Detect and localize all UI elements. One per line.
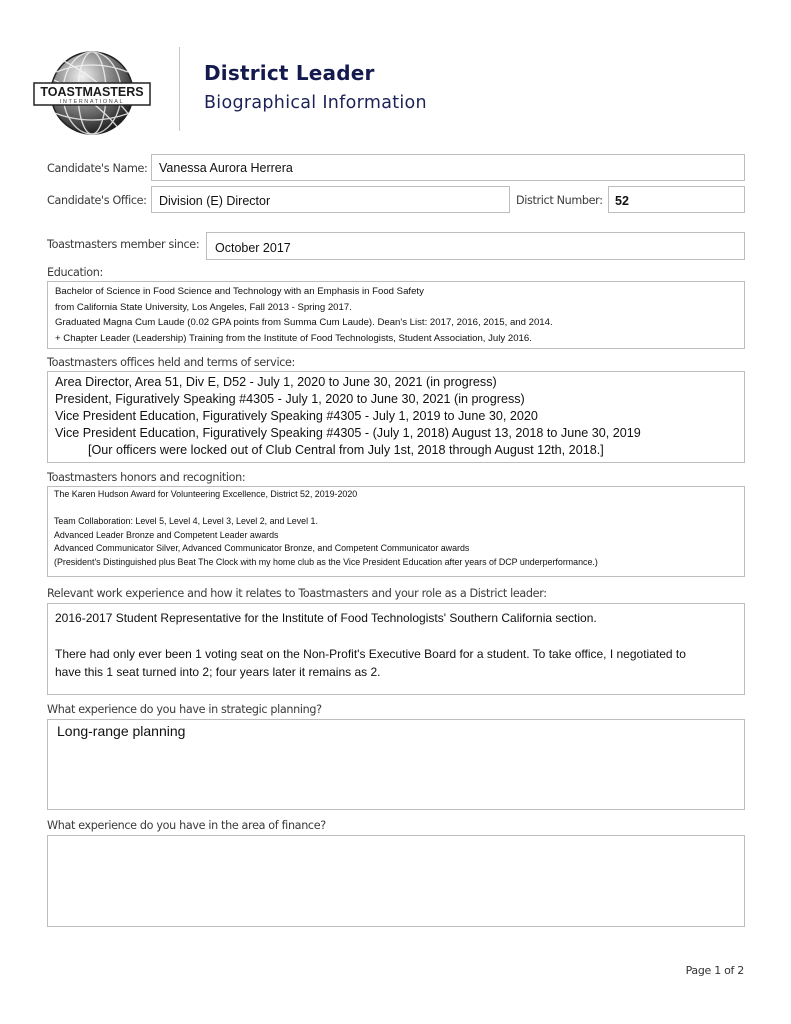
toastmasters-logo: TOASTMASTERS INTERNATIONAL	[32, 50, 152, 136]
offices-label: Toastmasters offices held and terms of s…	[47, 356, 295, 369]
candidate-office-field[interactable]: Division (E) Director	[151, 186, 510, 213]
strategic-planning-field[interactable]: Long-range planning	[47, 719, 745, 810]
education-label: Education:	[47, 266, 103, 279]
office-line: Vice President Education, Figuratively S…	[55, 408, 744, 425]
candidate-name-field[interactable]: Vanessa Aurora Herrera	[151, 154, 745, 181]
candidate-name-label: Candidate's Name:	[47, 162, 147, 175]
honor-line: Advanced Communicator Silver, Advanced C…	[54, 542, 744, 556]
honor-line: (President's Distinguished plus Beat The…	[54, 556, 744, 570]
strategic-planning-label: What experience do you have in strategic…	[47, 703, 322, 716]
work-line	[55, 627, 744, 645]
page-number: Page 1 of 2	[686, 964, 744, 977]
office-line: President, Figuratively Speaking #4305 -…	[55, 391, 744, 408]
strategic-planning-value: Long-range planning	[57, 723, 744, 739]
office-line: Area Director, Area 51, Div E, D52 - Jul…	[55, 374, 744, 391]
education-line: Graduated Magna Cum Laude (0.02 GPA poin…	[55, 315, 744, 331]
candidate-name-value: Vanessa Aurora Herrera	[159, 161, 293, 175]
page-title: District Leader	[204, 61, 375, 85]
district-number-label: District Number:	[516, 194, 603, 207]
candidate-office-label: Candidate's Office:	[47, 194, 147, 207]
honor-line: The Karen Hudson Award for Volunteering …	[54, 488, 744, 502]
work-line: 2016-2017 Student Representative for the…	[55, 609, 744, 627]
work-line: There had only ever been 1 voting seat o…	[55, 645, 744, 663]
finance-label: What experience do you have in the area …	[47, 819, 326, 832]
district-number-field[interactable]: 52	[608, 186, 745, 213]
office-line: [Our officers were locked out of Club Ce…	[55, 442, 744, 459]
education-line: from California State University, Los An…	[55, 300, 744, 316]
member-since-value: October 2017	[215, 241, 291, 255]
offices-field[interactable]: Area Director, Area 51, Div E, D52 - Jul…	[47, 371, 745, 463]
honors-label: Toastmasters honors and recognition:	[47, 471, 245, 484]
honors-field[interactable]: The Karen Hudson Award for Volunteering …	[47, 486, 745, 577]
work-experience-field[interactable]: 2016-2017 Student Representative for the…	[47, 603, 745, 695]
finance-field[interactable]	[47, 835, 745, 927]
header-divider	[179, 47, 180, 131]
education-field[interactable]: Bachelor of Science in Food Science and …	[47, 281, 745, 349]
honor-line: Advanced Leader Bronze and Competent Lea…	[54, 529, 744, 543]
work-line: have this 1 seat turned into 2; four yea…	[55, 663, 744, 681]
svg-text:INTERNATIONAL: INTERNATIONAL	[60, 99, 124, 105]
office-line: Vice President Education, Figuratively S…	[55, 425, 744, 442]
honor-line	[54, 502, 744, 516]
member-since-label: Toastmasters member since:	[47, 238, 199, 251]
education-line: + Chapter Leader (Leadership) Training f…	[55, 331, 744, 347]
district-number-value: 52	[615, 194, 629, 208]
page-subtitle: Biographical Information	[204, 93, 427, 113]
work-experience-label: Relevant work experience and how it rela…	[47, 587, 547, 600]
candidate-office-value: Division (E) Director	[159, 194, 270, 208]
svg-text:TOASTMASTERS: TOASTMASTERS	[40, 85, 143, 99]
education-line: Bachelor of Science in Food Science and …	[55, 284, 744, 300]
honor-line: Team Collaboration: Level 5, Level 4, Le…	[54, 515, 744, 529]
member-since-field[interactable]: October 2017	[206, 232, 745, 260]
